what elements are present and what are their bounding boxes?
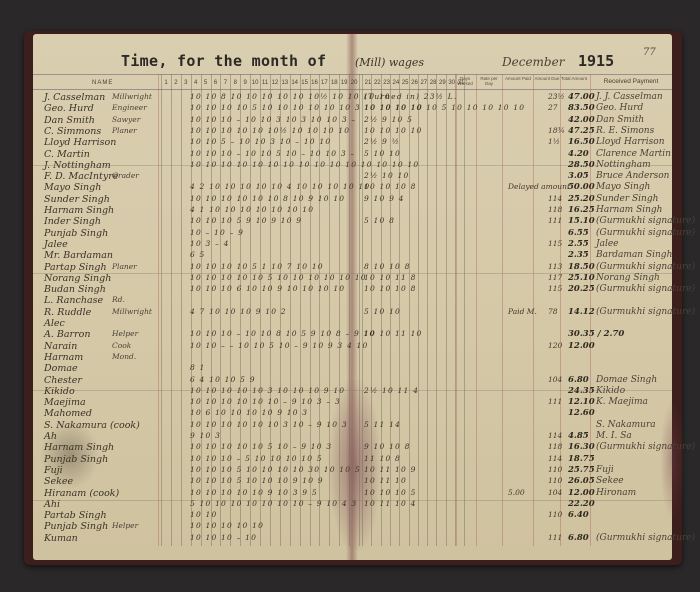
days-worked: 120 <box>548 341 562 350</box>
day-header: 2 <box>171 80 181 86</box>
day-header: 15 <box>300 80 310 86</box>
amount-due-header: Amount Due <box>533 76 561 81</box>
employee-name: Harnam <box>44 352 83 363</box>
total-amount: 2.35 <box>568 250 589 260</box>
received-signature: (Gurmukhi signature) <box>596 216 695 226</box>
total-amount: 12.60 <box>568 408 595 418</box>
total-amount: 4.20 <box>568 149 589 159</box>
employee-name: Mayo Singh <box>44 182 101 193</box>
received-signature: Lloyd Harrison <box>596 137 665 147</box>
employee-name: Sunder Singh <box>44 194 110 205</box>
daily-hours-right: 10 10 11 10 <box>364 329 423 338</box>
employee-occupation: Planer <box>112 126 137 135</box>
total-amount: 4.85 <box>568 431 589 441</box>
daily-hours-left: 10 10 10 – 10 10 8 10 5 9 10 8 – 9 10 <box>190 329 375 338</box>
daily-hours-left: 10 10 10 – 5 10 10 10 10 5 <box>190 454 323 463</box>
daily-hours-left: 10 10 10 10 10 10½ 10 10 10 10 <box>190 126 350 135</box>
total-amount: 22.20 <box>568 499 595 509</box>
days-worked: 114 <box>548 454 562 463</box>
day-header: 5 <box>201 80 211 86</box>
days-worked: 104 <box>548 375 562 384</box>
daily-hours-right: 10 10 10 5 <box>364 488 417 497</box>
day-header: 11 <box>260 80 270 86</box>
employee-occupation: Rd. <box>112 295 125 304</box>
daily-hours-left: 10 10 10 10 10 10 – 9 10 3 – 3 <box>190 397 341 406</box>
days-worked: 118 <box>548 442 562 451</box>
day-header: 17 <box>319 80 329 86</box>
received-signature: Sunder Singh <box>596 194 658 204</box>
daily-hours-left: 8 1 <box>190 363 206 372</box>
total-amount: 6.80 <box>568 375 589 385</box>
received-signature: Mayo Singh <box>596 182 650 192</box>
days-worked: 111 <box>548 533 562 542</box>
day-header: 20 <box>349 80 359 86</box>
days-worked: 114 <box>548 431 562 440</box>
employee-name: Partap Singh <box>44 262 107 273</box>
total-amount: 47.00 <box>568 92 595 102</box>
received-signature: Nottingham <box>596 160 651 170</box>
received-signature: K. Maejima <box>596 397 648 407</box>
received-signature: Kikido <box>596 386 625 396</box>
employee-name: Domae <box>44 363 78 374</box>
day-header: 1 <box>161 80 171 86</box>
name-column-header: NAME <box>92 80 113 86</box>
employee-name: Harnam Singh <box>44 205 114 216</box>
employee-name: Mahomed <box>44 408 92 419</box>
daily-hours-right: 10 10 10 8 <box>364 284 417 293</box>
employee-name: Jalee <box>44 239 68 250</box>
employee-name: J. Casselman <box>44 92 105 103</box>
days-worked: 117 <box>548 273 562 282</box>
daily-hours-left: 10 10 8 10 10 10 10 10 10½ 10 10 10 10 <box>190 92 391 101</box>
days-worked: 104 <box>548 488 562 497</box>
total-amount-header: Total Amount <box>560 76 588 81</box>
received-signature: Fuji <box>596 465 614 475</box>
total-amount: 25.10 <box>568 273 595 283</box>
employee-name: S. Nakamura (cook) <box>44 420 140 431</box>
daily-hours-left: 10 10 10 5 9 10 9 10 9 <box>190 216 302 225</box>
daily-hours-left: 5 10 10 10 10 10 10 10 – 9 10 4 3 <box>190 499 357 508</box>
received-signature: Sekee <box>596 476 624 486</box>
total-amount: 14.12 <box>568 307 595 317</box>
day-header: 14 <box>290 80 300 86</box>
daily-hours-left: 10 10 10 10 10 10 8 10 9 10 10 <box>190 194 345 203</box>
total-amount: 25.75 <box>568 465 595 475</box>
daily-hours-right: 5 10 10 <box>364 149 401 158</box>
daily-hours-right: (Turned in) 23½ L. <box>364 92 458 101</box>
days-worked: 27 <box>548 103 558 112</box>
daily-hours-left: 10 10 10 6 10 10 9 10 10 10 10 <box>190 284 345 293</box>
daily-hours-right: 5 10 8 <box>364 216 395 225</box>
daily-hours-right: 2½ 10 11 4 <box>364 386 419 395</box>
received-signature: Hironam <box>596 488 636 498</box>
days-worked: 111 <box>548 216 562 225</box>
employee-occupation: Planer <box>112 262 137 271</box>
employee-name: Harnam Singh <box>44 442 114 453</box>
total-amount: 16.25 <box>568 205 595 215</box>
daily-hours-left: 10 10 10 – 10 10 5 10 – 10 10 3 – <box>190 149 355 158</box>
total-amount: 6.80 <box>568 533 589 543</box>
days-worked: 113 <box>548 262 562 271</box>
received-signature: Clarence Martin <box>596 149 671 159</box>
employee-name: Mr. Bardaman <box>44 250 113 261</box>
daily-hours-left: 10 10 10 10 10 <box>190 521 264 530</box>
day-header: 13 <box>280 80 290 86</box>
daily-hours-left: 9 10 3 <box>190 431 221 440</box>
employee-name: Hiranam (cook) <box>44 488 119 499</box>
employee-name: C. Martin <box>44 149 90 160</box>
daily-hours-left: 6 5 <box>190 250 206 259</box>
daily-hours-left: 10 10 – – 10 10 5 10 – 9 10 9 3 4 10 <box>190 341 369 350</box>
received-signature: Dan Smith <box>596 115 644 125</box>
days-worked: 114 <box>548 194 562 203</box>
daily-hours-right: 10 10 11 8 <box>364 273 417 282</box>
employee-name: Punjab Singh <box>44 228 108 239</box>
daily-hours-right: 2½ 9 ½ <box>364 137 400 146</box>
day-header: 4 <box>191 80 201 86</box>
total-amount: 2.55 <box>568 239 589 249</box>
total-amount: 3.05 <box>568 171 589 181</box>
daily-hours-left: 10 10 10 5 10 10 10 9 10 9 <box>190 476 324 485</box>
employee-name: Chester <box>44 375 82 386</box>
employee-name: Kuman <box>44 533 78 544</box>
day-header: 19 <box>339 80 349 86</box>
table-row: Kuman10 10 10 – 101116.80(Gurmukhi signa… <box>0 533 700 547</box>
daily-hours-left: 10 10 10 – 10 <box>190 533 257 542</box>
daily-hours-right: 5 10 10 <box>364 307 401 316</box>
employee-name: A. Barron <box>44 329 90 340</box>
daily-hours-left: 10 10 10 5 10 10 10 10 30 10 10 5 <box>190 465 361 474</box>
employee-occupation: Millwright <box>112 307 152 316</box>
day-header: 6 <box>211 80 221 86</box>
daily-hours-left: 10 10 10 10 10 5 10 10 10 10 10 10 <box>190 273 367 282</box>
day-header: 8 <box>230 80 240 86</box>
days-worked: 78 <box>548 307 558 316</box>
employee-name: Ahi <box>44 499 60 510</box>
total-amount: 20.25 <box>568 284 595 294</box>
printed-title: Time, for the month of <box>121 52 326 70</box>
employee-occupation: Mond. <box>112 352 136 361</box>
employee-occupation: Millwright <box>112 92 152 101</box>
days-worked: 115 <box>548 239 562 248</box>
daily-hours-left: 10 10 5 – 10 10 3 10 – 10 10 <box>190 137 331 146</box>
total-amount: 50.00 <box>568 182 595 192</box>
daily-hours-left: 10 10 <box>190 510 217 519</box>
amount-paid: Delayed amount <box>508 182 570 191</box>
total-amount: 6.55 <box>568 228 589 238</box>
received-signature: Jalee <box>596 239 619 249</box>
daily-hours-left: 10 10 10 10 10 3 10 10 10 9 10 <box>190 386 345 395</box>
daily-hours-right: 5 11 14 <box>364 420 401 429</box>
employee-occupation: Sawyer <box>112 115 140 124</box>
received-signature: (Gurmukhi signature) <box>596 533 695 543</box>
employee-name: L. Ranchase <box>44 295 103 306</box>
total-amount: 26.05 <box>568 476 595 486</box>
daily-hours-left: 4 1 10 10 10 10 10 10 10 <box>190 205 314 214</box>
received-signature: S. Nakamura <box>596 420 656 430</box>
days-worked: 115 <box>548 284 562 293</box>
total-amount: 6.40 <box>568 510 589 520</box>
days-worked: 18¾ <box>548 126 565 135</box>
employee-occupation: Helper <box>112 521 138 530</box>
daily-hours-right: 11 10 8 <box>364 454 401 463</box>
received-signature: R. E. Simons <box>596 126 654 136</box>
year: 1915 <box>578 52 614 70</box>
month-handwritten: December <box>502 55 564 69</box>
employee-name: Punjab Singh <box>44 521 108 532</box>
employee-name: Narain <box>44 341 77 352</box>
daily-hours-left: 10 10 10 10 10 10 10 10 10 10 10 10 10 1… <box>190 160 419 169</box>
employee-name: F. D. MacIntyre <box>44 171 118 182</box>
total-amount: 12.00 <box>568 341 595 351</box>
total-amount: 18.75 <box>568 454 595 464</box>
total-amount: 47.25 <box>568 126 595 136</box>
days-worked: 111 <box>548 397 562 406</box>
days-worked: 23½ <box>548 92 565 101</box>
total-amount: 12.10 <box>568 397 595 407</box>
total-amount: 12.00 <box>568 488 595 498</box>
daily-hours-right: 10 11 10 9 <box>364 465 417 474</box>
total-amount: 42.00 <box>568 115 595 125</box>
employee-occupation: Cook <box>112 341 131 350</box>
total-amount: 16.30 <box>568 442 595 452</box>
employee-name: C. Simmons <box>44 126 101 137</box>
received-payment-header: Received Payment <box>592 79 670 84</box>
daily-hours-right: 10 10 10 10 10 5 10 10 10 10 10 <box>364 103 525 112</box>
total-amount: 28.50 <box>568 160 595 170</box>
day-header: 12 <box>270 80 280 86</box>
amount-paid: 5.00 <box>508 488 525 497</box>
location-handwritten: (Mill) wages <box>355 56 424 69</box>
received-signature: Domae Singh <box>596 375 657 385</box>
employee-name: Maejima <box>44 397 86 408</box>
days-worked: 110 <box>548 476 562 485</box>
daily-hours-right: 2½ 9 10 5 <box>364 115 413 124</box>
daily-hours-left: 10 10 10 10 10 9 10 3 9 5 <box>190 488 318 497</box>
total-amount: 15.10 <box>568 216 595 226</box>
employee-name: Geo. Hurd <box>44 103 94 114</box>
day-header: 10 <box>250 80 260 86</box>
daily-hours-left: 10 3 – 4 <box>190 239 230 248</box>
day-header: 9 <box>240 80 250 86</box>
total-amount: 83.50 <box>568 103 595 113</box>
employee-occupation: Engineer <box>112 103 147 112</box>
daily-hours-right: 9 10 9 4 <box>364 194 405 203</box>
received-signature: M. I. Sa <box>596 431 632 441</box>
days-worked: 118 <box>548 205 562 214</box>
daily-hours-right: 2½ 10 10 <box>364 171 410 180</box>
employee-occupation: Helper <box>112 329 138 338</box>
daily-hours-right: 10 11 10 4 <box>364 499 417 508</box>
daily-hours-left: 10 – 10 – 9 <box>190 228 244 237</box>
days-worked: 110 <box>548 510 562 519</box>
employee-name: J. Nottingham <box>44 160 111 171</box>
employee-name: Budan Singh <box>44 284 106 295</box>
employee-name: Alec <box>44 318 65 329</box>
rate-header: Rate per Day <box>478 76 500 86</box>
received-signature: Norang Singh <box>596 273 660 283</box>
received-signature: Bardaman Singh <box>596 250 672 260</box>
received-signature: J. J. Casselman <box>596 92 663 102</box>
received-signature: Harnam Singh <box>596 205 662 215</box>
total-amount: 25.20 <box>568 194 595 204</box>
daily-hours-right: 10 11 10 <box>364 476 407 485</box>
days-worked: 1½ <box>548 137 560 146</box>
daily-hours-right: 8 10 10 8 <box>364 262 411 271</box>
daily-hours-left: 4 7 10 10 10 9 10 2 <box>190 307 287 316</box>
total-amount: 16.50 <box>568 137 595 147</box>
total-amount: 18.50 <box>568 262 595 272</box>
daily-hours-right: 9 10 10 8 <box>364 442 411 451</box>
received-signature: (Gurmukhi signature) <box>596 228 695 238</box>
daily-hours-left: 10 10 10 10 5 1 10 7 10 10 <box>190 262 324 271</box>
employee-name: Sekee <box>44 476 73 487</box>
days-worked: 110 <box>548 465 562 474</box>
daily-hours-left: 4 2 10 10 10 10 10 4 10 10 10 10 10 <box>190 182 370 191</box>
total-amount: 24.35 <box>568 386 595 396</box>
employee-name: Inder Singh <box>44 216 101 227</box>
daily-hours-right: 10 10 10 10 <box>364 126 423 135</box>
received-signature: (Gurmukhi signature) <box>596 307 695 317</box>
received-signature: Bruce Anderson <box>596 171 669 181</box>
employee-name: Dan Smith <box>44 115 95 126</box>
amount-paid: Paid M. <box>508 307 537 316</box>
received-signature: (Gurmukhi signature) <box>596 262 695 272</box>
amount-paid-header: Amount Paid <box>503 76 533 81</box>
day-header: 7 <box>220 80 230 86</box>
employee-occupation: Grader <box>112 171 139 180</box>
total-amount: 30.35 / 2.70 <box>568 329 624 339</box>
employee-name: R. Ruddle <box>44 307 91 318</box>
daily-hours-left: 10 10 10 – 10 10 3 10 3 10 10 3 – <box>190 115 356 124</box>
daily-hours-left: 10 6 10 10 10 10 9 10 3 <box>190 408 308 417</box>
employee-name: Punjab Singh <box>44 454 108 465</box>
daily-hours-left: 6 4 10 10 5 9 <box>190 375 256 384</box>
daily-hours-left: 10 10 10 10 10 5 10 – 9 10 3 <box>190 442 332 451</box>
day-header: 3 <box>181 80 191 86</box>
day-header: 18 <box>329 80 339 86</box>
employee-name: Norang Singh <box>44 273 111 284</box>
received-signature: (Gurmukhi signature) <box>596 442 695 452</box>
daily-hours-right: 10 10 10 8 <box>364 182 417 191</box>
employee-name: Partab Singh <box>44 510 107 521</box>
employee-name: Lloyd Harrison <box>44 137 116 148</box>
received-signature: Geo. Hurd <box>596 103 643 113</box>
employee-name: Ah <box>44 431 57 442</box>
day-header: 16 <box>310 80 320 86</box>
employee-name: Fuji <box>44 465 63 476</box>
page-number: 77 <box>643 47 656 58</box>
daily-hours-left: 10 10 10 10 10 10 3 10 – 9 10 3 <box>190 420 348 429</box>
received-signature: (Gurmukhi signature) <box>596 284 695 294</box>
employee-name: Kikido <box>44 386 75 397</box>
